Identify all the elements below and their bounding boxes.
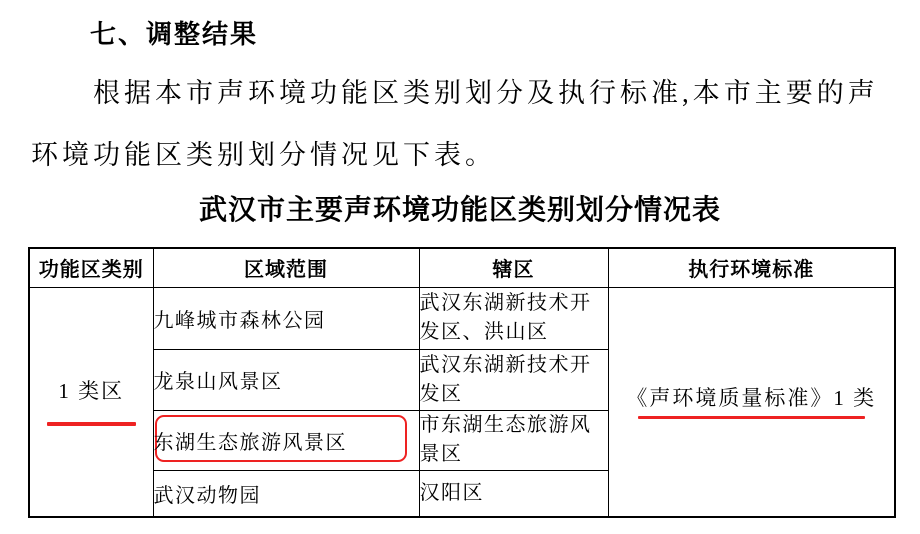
standard-cell: 《声环境质量标准》1 类 [608,287,895,517]
table-row: 1 类区 九峰城市森林公园 武汉东湖新技术开 发区、洪山区 《声环境质量标准》1… [29,287,895,349]
col-header-district: 辖区 [419,248,608,287]
table-title: 武汉市主要声环境功能区类别划分情况表 [0,188,920,228]
category-cell: 1 类区 [29,287,153,517]
zoning-table: 功能区类别 区域范围 辖区 执行环境标准 1 类区 九峰城市森林公园 武汉东湖新… [28,247,896,518]
col-header-area: 区域范围 [153,248,419,287]
district-cell: 武汉东湖新技术开 发区 [419,349,608,410]
area-cell: 武汉动物园 [153,470,419,517]
body-paragraph: 根据本市声环境功能区类别划分及执行标准,本市主要的声 环境功能区类别划分情况见下… [31,62,911,186]
table-header-row: 功能区类别 区域范围 辖区 执行环境标准 [29,248,895,287]
standard-label: 《声环境质量标准》1 类 [609,385,895,411]
area-cell: 龙泉山风景区 [153,349,419,410]
area-label: 东湖生态旅游风景区 [154,432,348,454]
district-cell: 武汉东湖新技术开 发区、洪山区 [419,287,608,349]
area-cell: 九峰城市森林公园 [153,287,419,349]
section-heading: 七、调整结果 [90,18,258,50]
category-label: 1 类区 [30,378,153,404]
red-underline-annotation [638,416,865,420]
area-cell-highlighted: 东湖生态旅游风景区 [153,410,419,470]
district-cell: 汉阳区 [419,470,608,517]
col-header-standard: 执行环境标准 [608,248,895,287]
document-page: 七、调整结果 根据本市声环境功能区类别划分及执行标准,本市主要的声 环境功能区类… [0,0,920,534]
red-underline-annotation [47,422,136,426]
district-cell: 市东湖生态旅游风 景区 [419,410,608,470]
col-header-category: 功能区类别 [29,248,153,287]
